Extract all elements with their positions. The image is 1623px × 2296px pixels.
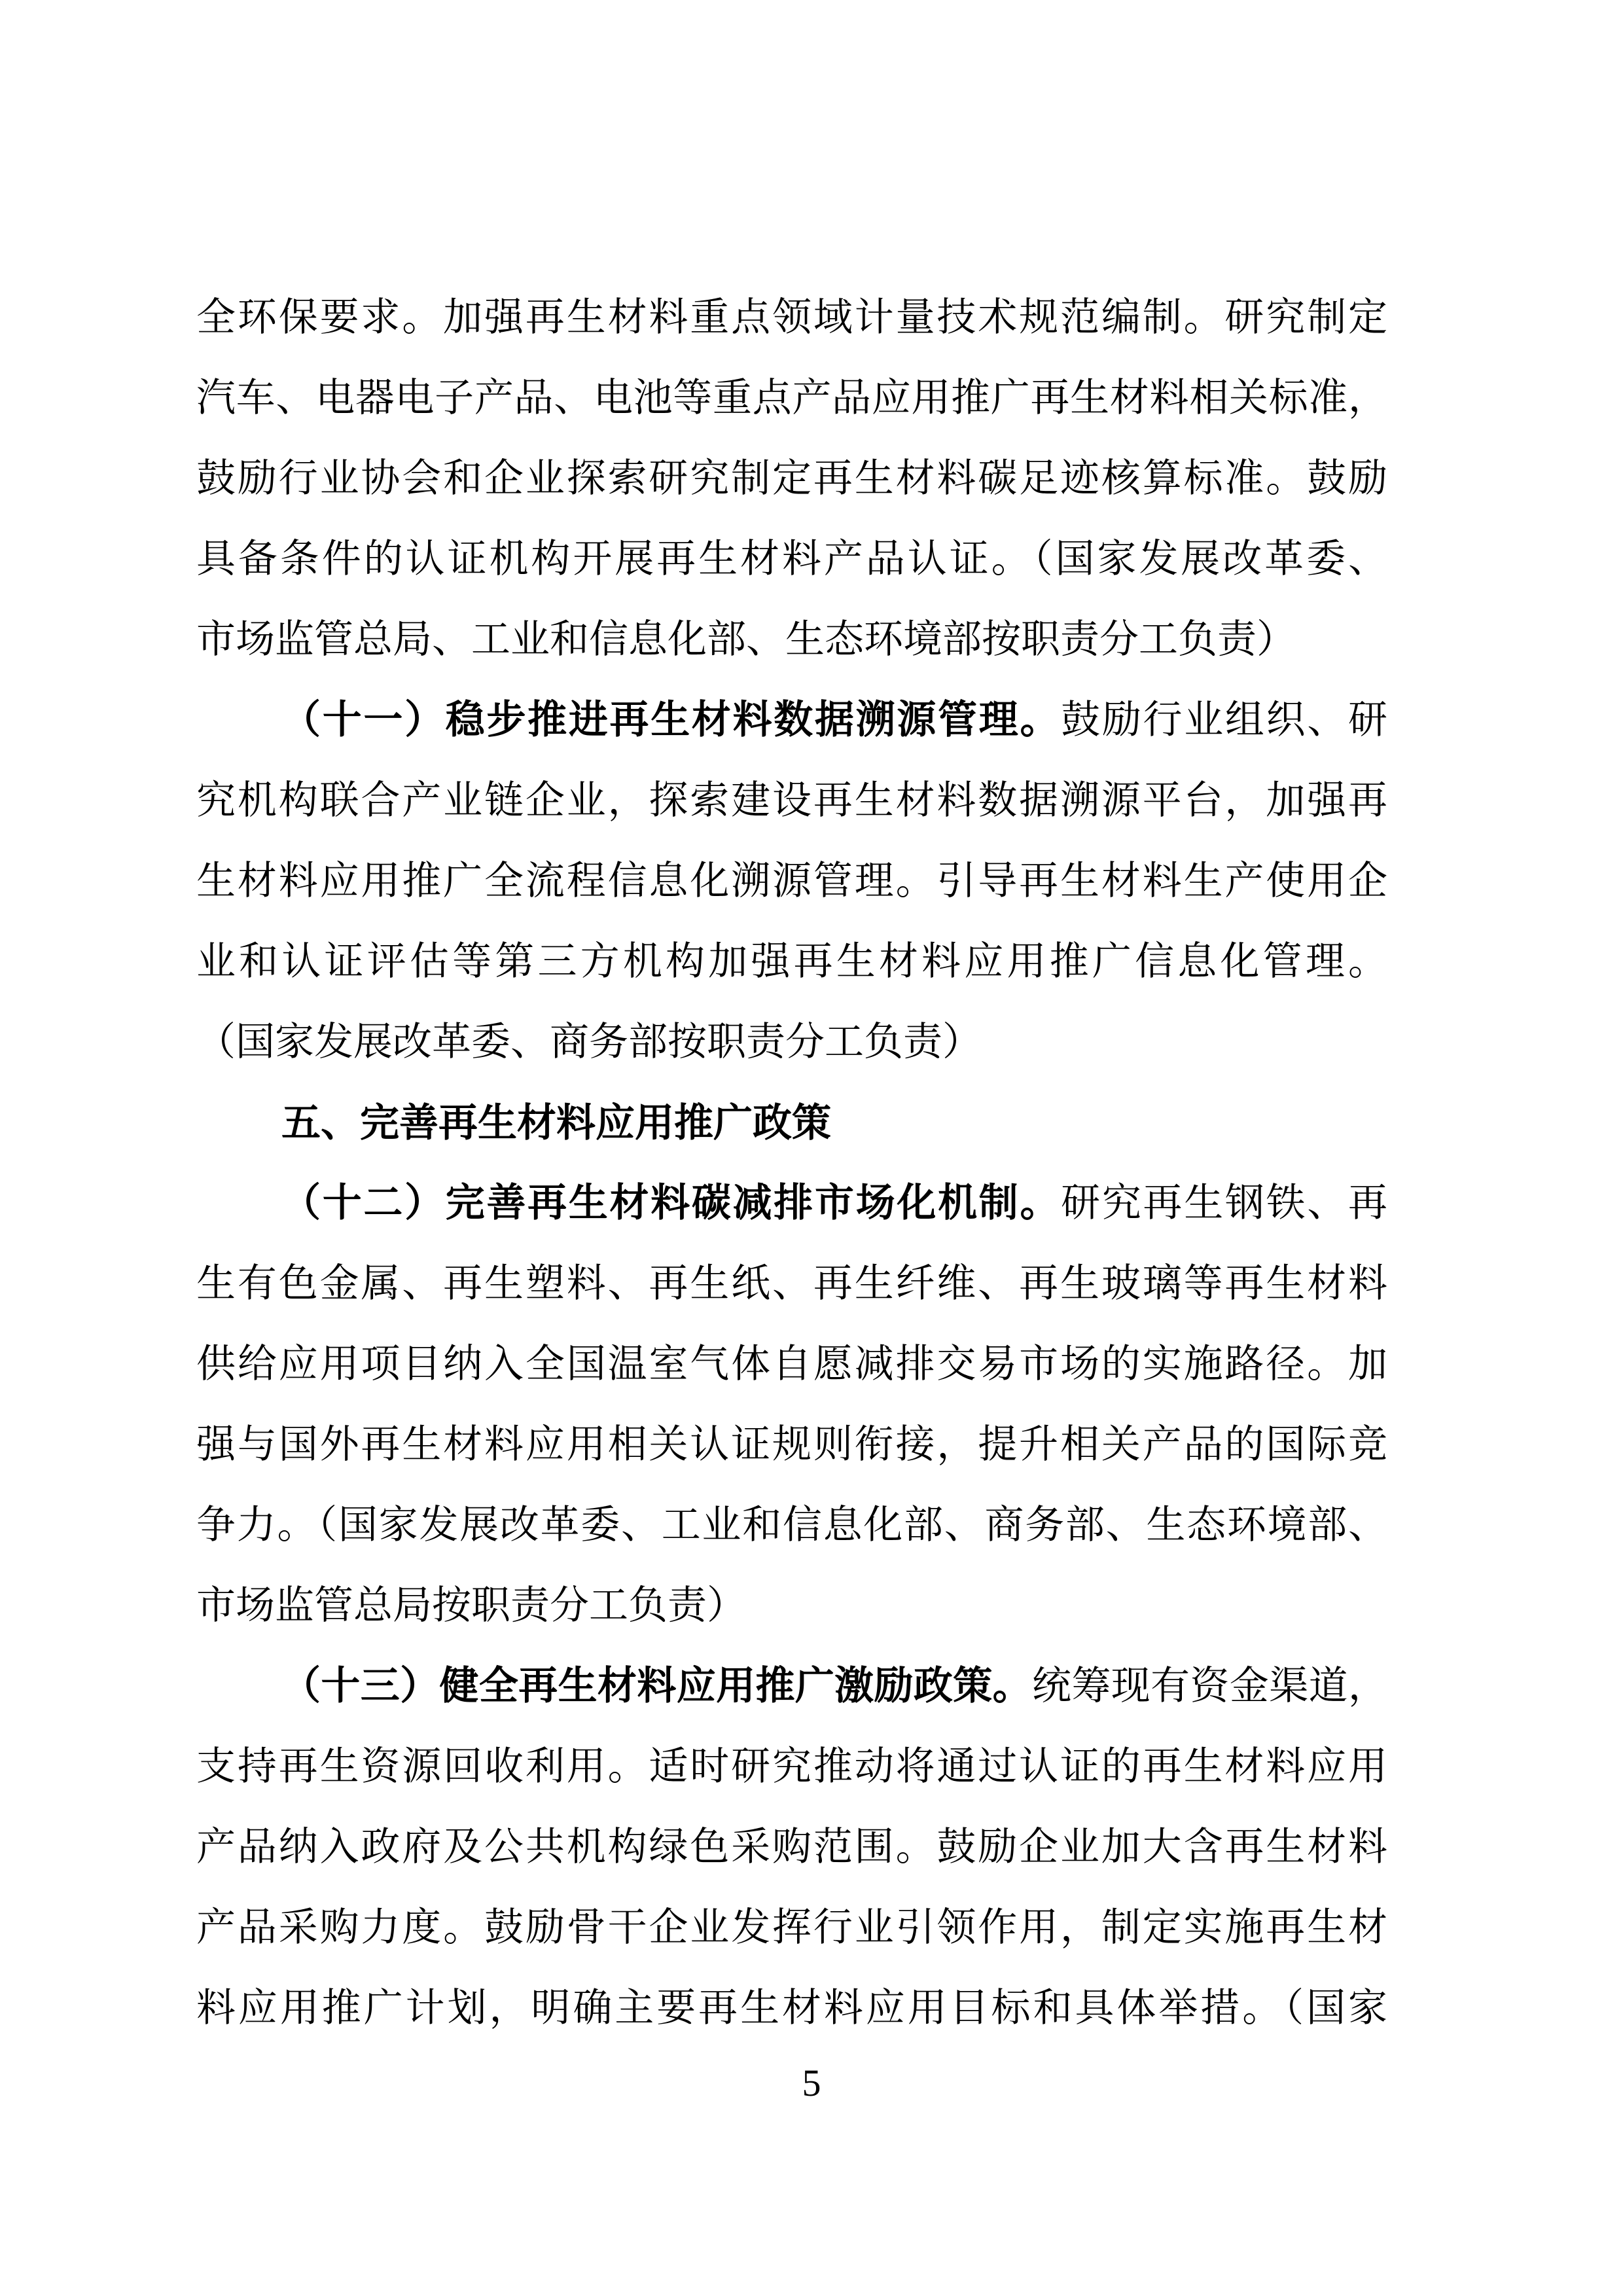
text-line: 强与国外再生材料应用相关认证规则衔接，提升相关产品的国际竞 bbox=[196, 1405, 1387, 1485]
body-text: 产品采购力度。鼓励骨干企业发挥行业引领作用，制定实施再生材 bbox=[196, 1906, 1387, 1949]
text-line: （十二）完善再生材料碳减排市场化机制。研究再生钢铁、再 bbox=[196, 1163, 1387, 1244]
body-text: 究机构联合产业链企业，探索建设再生材料数据溯源平台，加强再 bbox=[196, 779, 1387, 822]
text-line: 争力。（国家发展改革委、工业和信息化部、商务部、生态环境部、 bbox=[196, 1485, 1387, 1566]
text-line: 供给应用项目纳入全国温室气体自愿减排交易市场的实施路径。加 bbox=[196, 1324, 1387, 1405]
text-line: 业和认证评估等第三方机构加强再生材料应用推广信息化管理。 bbox=[196, 922, 1387, 1002]
text-line: 支持再生资源回收利用。适时研究推动将通过认证的再生材料应用 bbox=[196, 1727, 1387, 1807]
clause-title: （十一）稳步推进再生材料数据溯源管理。 bbox=[281, 698, 1061, 742]
body-text: （国家发展改革委、商务部按职责分工负责） bbox=[196, 1020, 982, 1064]
body-text: 统筹现有资金渠道， bbox=[1032, 1664, 1387, 1708]
document-body: 全环保要求。加强再生材料重点领域计量技术规范编制。研究制定汽车、电器电子产品、电… bbox=[196, 278, 1387, 2049]
text-line: 市场监管总局按职责分工负责） bbox=[196, 1566, 1387, 1646]
text-line: 生材料应用推广全流程信息化溯源管理。引导再生材料生产使用企 bbox=[196, 841, 1387, 922]
text-line: 究机构联合产业链企业，探索建设再生材料数据溯源平台，加强再 bbox=[196, 761, 1387, 841]
text-line: （十三）健全再生材料应用推广激励政策。统筹现有资金渠道， bbox=[196, 1646, 1387, 1727]
text-line: 市场监管总局、工业和信息化部、生态环境部按职责分工负责） bbox=[196, 600, 1387, 680]
body-text: 鼓励行业组织、研 bbox=[1061, 698, 1387, 742]
body-text: 生有色金属、再生塑料、再生纸、再生纤维、再生玻璃等再生材料 bbox=[196, 1262, 1387, 1305]
text-line: 全环保要求。加强再生材料重点领域计量技术规范编制。研究制定 bbox=[196, 278, 1387, 358]
body-text: 供给应用项目纳入全国温室气体自愿减排交易市场的实施路径。加 bbox=[196, 1342, 1387, 1386]
text-line: 产品纳入政府及公共机构绿色采购范围。鼓励企业加大含再生材料 bbox=[196, 1807, 1387, 1888]
body-text: 支持再生资源回收利用。适时研究推动将通过认证的再生材料应用 bbox=[196, 1745, 1387, 1788]
body-text: 生材料应用推广全流程信息化溯源管理。引导再生材料生产使用企 bbox=[196, 859, 1387, 903]
body-text: 产品纳入政府及公共机构绿色采购范围。鼓励企业加大含再生材料 bbox=[196, 1825, 1387, 1869]
body-text: 争力。（国家发展改革委、工业和信息化部、商务部、生态环境部、 bbox=[196, 1503, 1387, 1547]
body-text: 鼓励行业协会和企业探索研究制定再生材料碳足迹核算标准。鼓励 bbox=[196, 457, 1387, 500]
text-line: 汽车、电器电子产品、电池等重点产品应用推广再生材料相关标准， bbox=[196, 358, 1387, 439]
body-text: 业和认证评估等第三方机构加强再生材料应用推广信息化管理。 bbox=[196, 940, 1387, 983]
body-text: 具备条件的认证机构开展再生材料产品认证。（国家发展改革委、 bbox=[196, 537, 1387, 581]
section-heading: 五、完善再生材料应用推广政策 bbox=[196, 1083, 1387, 1163]
text-line: （十一）稳步推进再生材料数据溯源管理。鼓励行业组织、研 bbox=[196, 680, 1387, 761]
text-line: 料应用推广计划，明确主要再生材料应用目标和具体举措。（国家 bbox=[196, 1968, 1387, 2049]
clause-title: 五、完善再生材料应用推广政策 bbox=[281, 1101, 831, 1145]
text-line: （国家发展改革委、商务部按职责分工负责） bbox=[196, 1002, 1387, 1083]
clause-title: （十二）完善再生材料碳减排市场化机制。 bbox=[281, 1181, 1061, 1225]
clause-title: （十三）健全再生材料应用推广激励政策。 bbox=[281, 1664, 1032, 1708]
body-text: 料应用推广计划，明确主要再生材料应用目标和具体举措。（国家 bbox=[196, 1986, 1387, 2030]
document-page: { "colors": { "text": "#000000", "backgr… bbox=[0, 0, 1623, 2296]
body-text: 研究再生钢铁、再 bbox=[1061, 1181, 1387, 1225]
body-text: 市场监管总局、工业和信息化部、生态环境部按职责分工负责） bbox=[196, 618, 1296, 661]
body-text: 汽车、电器电子产品、电池等重点产品应用推广再生材料相关标准， bbox=[196, 376, 1387, 420]
text-line: 生有色金属、再生塑料、再生纸、再生纤维、再生玻璃等再生材料 bbox=[196, 1244, 1387, 1324]
page-footer: 5 bbox=[0, 2060, 1623, 2106]
text-line: 产品采购力度。鼓励骨干企业发挥行业引领作用，制定实施再生材 bbox=[196, 1888, 1387, 1968]
text-line: 具备条件的认证机构开展再生材料产品认证。（国家发展改革委、 bbox=[196, 519, 1387, 600]
text-line: 鼓励行业协会和企业探索研究制定再生材料碳足迹核算标准。鼓励 bbox=[196, 439, 1387, 519]
page-number: 5 bbox=[802, 2062, 821, 2104]
body-text: 强与国外再生材料应用相关认证规则衔接，提升相关产品的国际竞 bbox=[196, 1423, 1387, 1466]
body-text: 全环保要求。加强再生材料重点领域计量技术规范编制。研究制定 bbox=[196, 296, 1387, 339]
body-text: 市场监管总局按职责分工负责） bbox=[196, 1584, 746, 1627]
